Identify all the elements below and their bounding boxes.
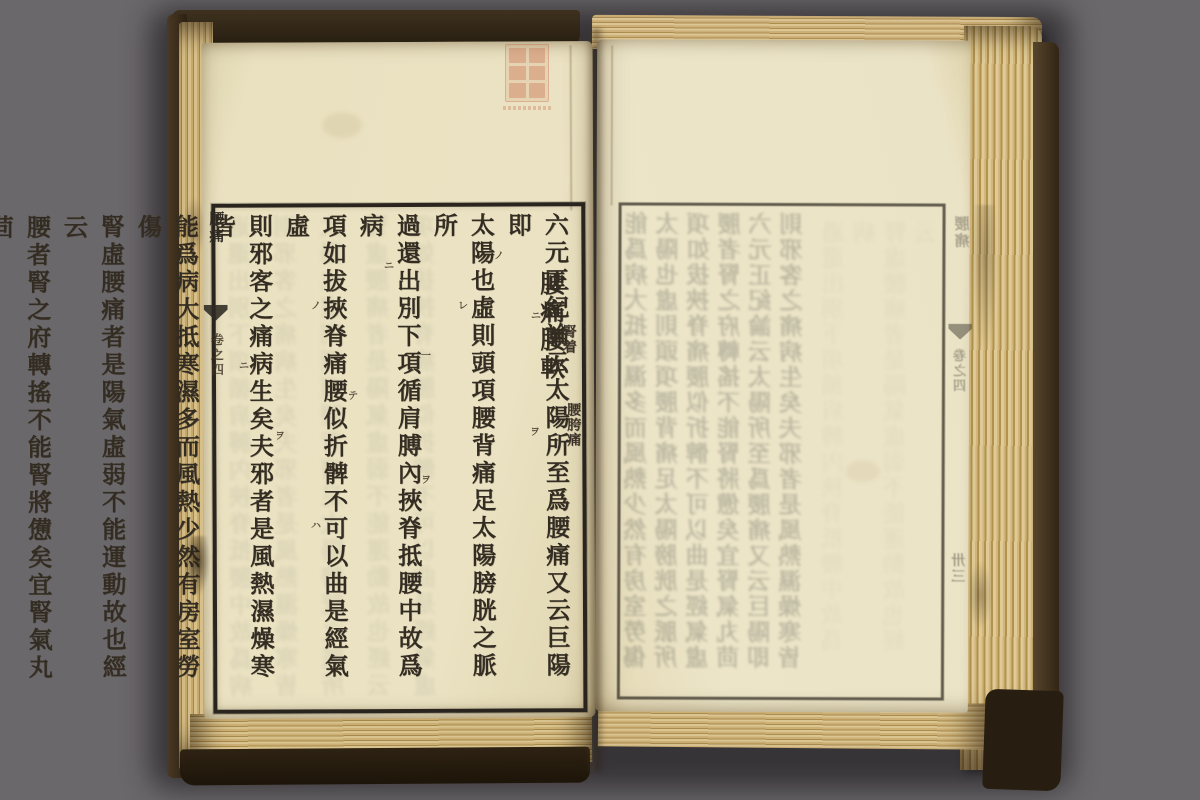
kunten-mark: ニ — [239, 362, 249, 372]
kunten-mark: ニ — [384, 262, 394, 272]
kunten-mark: ニ — [531, 312, 541, 322]
kunten-mark: ノ — [494, 252, 504, 262]
kunten-mark: レ — [458, 302, 468, 312]
kunten-mark: ノ — [311, 302, 321, 312]
kunten-mark: ヲ — [275, 432, 285, 442]
kunten-mark: ヲ — [421, 476, 431, 486]
kunten-mark: 一 — [421, 352, 431, 362]
kunten-marks-layer: ニヲノレ一ヲニテノハヲニ — [0, 0, 1200, 800]
kunten-mark: ハ — [311, 522, 321, 532]
photo-scene: 過還出別下項循肩膊內挾脊抵腰中故爲病 則邪客之痛病生矣夫邪者是風熱濕燥寒皆 太陽… — [0, 0, 1200, 800]
kunten-mark: テ — [348, 392, 358, 402]
kunten-mark: ヲ — [530, 428, 540, 438]
